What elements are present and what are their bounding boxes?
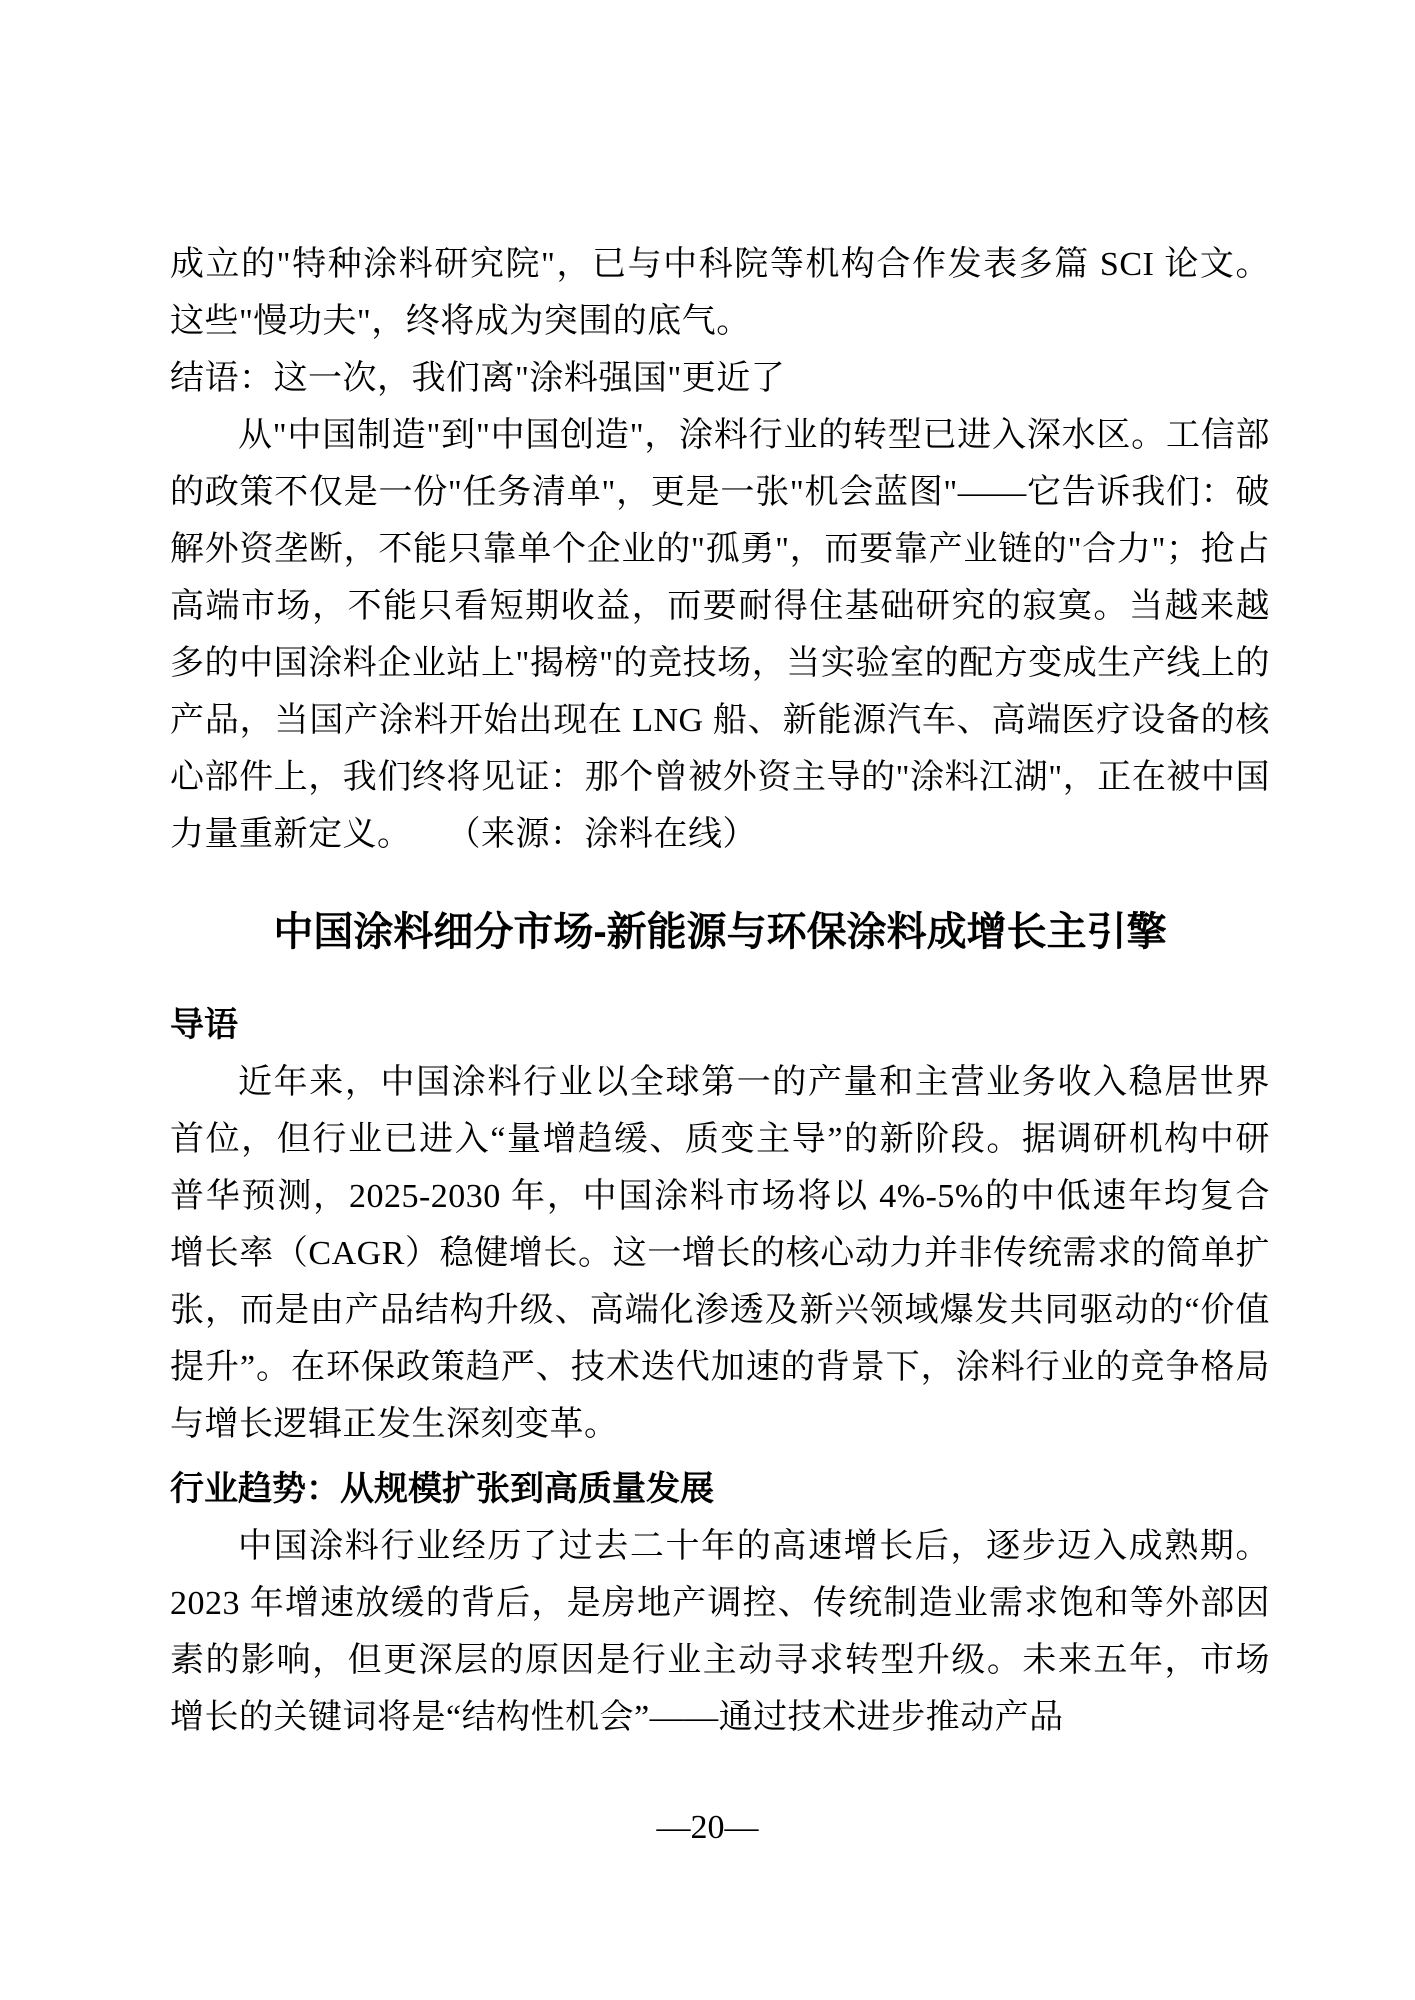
document-page: 成立的"特种涂料研究院"，已与中科院等机构合作发表多篇 SCI 论文。这些"慢功… [0, 0, 1415, 2000]
page-number: —20— [0, 1799, 1415, 1856]
subheading-intro: 导语 [170, 997, 1270, 1054]
paragraph-conclusion-body: 从"中国制造"到"中国创造"，涂料行业的转型已进入深水区。工信部的政策不仅是一份… [170, 407, 1270, 863]
section-heading-market-segments: 中国涂料细分市场-新能源与环保涂料成增长主引擎 [170, 901, 1270, 963]
paragraph-intro-body: 近年来，中国涂料行业以全球第一的产量和主营业务收入稳居世界首位，但行业已进入“量… [170, 1054, 1270, 1453]
paragraph-research-institute: 成立的"特种涂料研究院"，已与中科院等机构合作发表多篇 SCI 论文。这些"慢功… [170, 236, 1270, 350]
document-content: 成立的"特种涂料研究院"，已与中科院等机构合作发表多篇 SCI 论文。这些"慢功… [170, 236, 1270, 1746]
subheading-industry-trend: 行业趋势：从规模扩张到高质量发展 [170, 1461, 1270, 1518]
paragraph-trend-body: 中国涂料行业经历了过去二十年的高速增长后，逐步迈入成熟期。2023 年增速放缓的… [170, 1518, 1270, 1746]
paragraph-conclusion-lead: 结语：这一次，我们离"涂料强国"更近了 [170, 350, 1270, 407]
